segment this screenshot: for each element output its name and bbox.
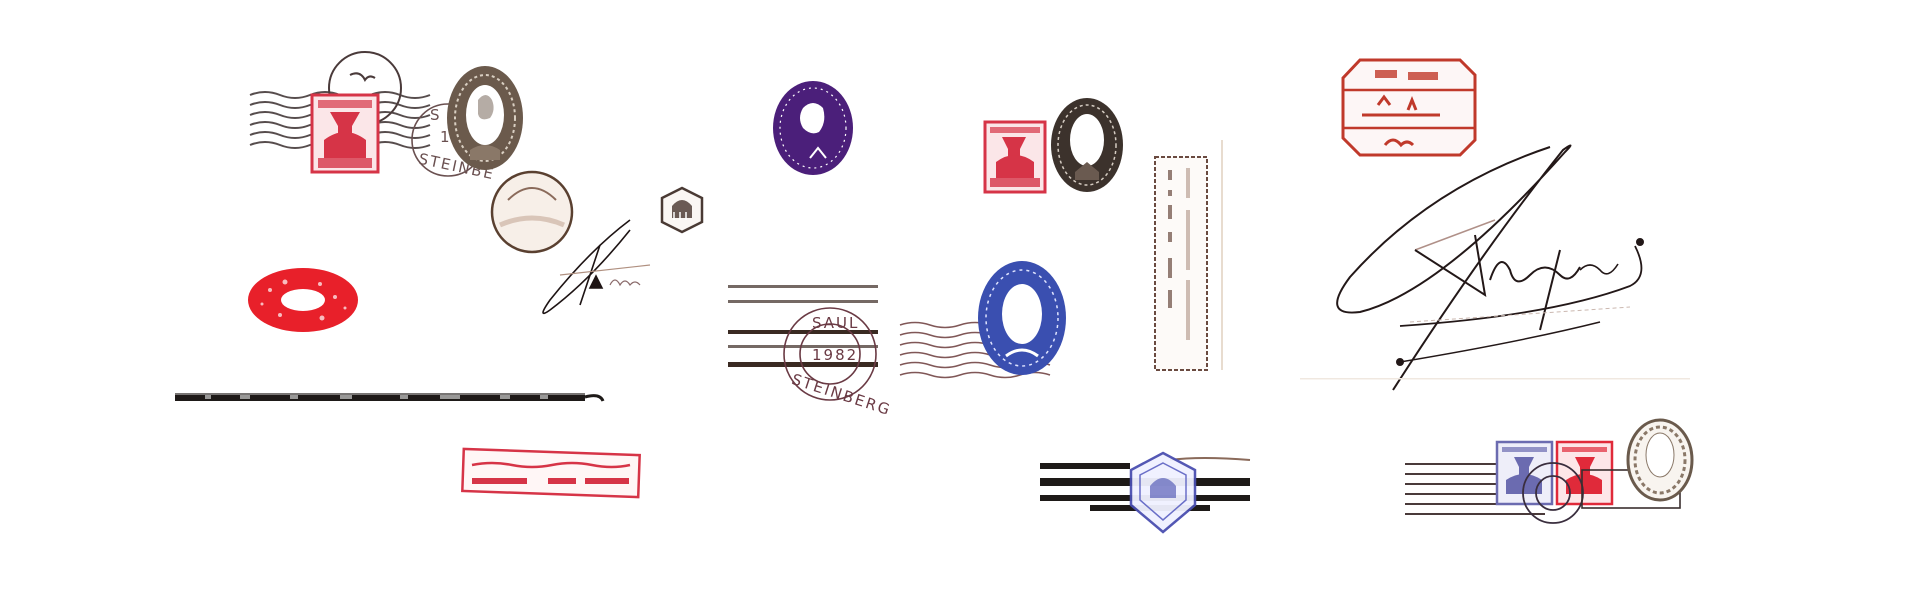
hexagon-stamp-small bbox=[662, 188, 702, 232]
large-signature bbox=[1337, 145, 1643, 390]
divider-line-right bbox=[1300, 378, 1690, 380]
red-rectangular-cachet bbox=[462, 449, 639, 497]
dark-portrait-oval-stamp-center bbox=[1051, 98, 1123, 192]
postmark-bottom-text: STEINBERG bbox=[789, 370, 893, 419]
black-horizontal-cancel-bar-left bbox=[175, 392, 603, 401]
postmark-top-text: S bbox=[430, 106, 442, 124]
lavender-monument-stamp bbox=[1497, 442, 1552, 504]
purple-portrait-oval-stamp bbox=[773, 81, 853, 175]
red-octagon-stamp bbox=[1343, 60, 1475, 155]
postmark-top-text: SAUL bbox=[812, 314, 859, 332]
postmark-year-text: 1982 bbox=[812, 346, 858, 364]
blue-hexagon-stamp bbox=[1131, 453, 1195, 532]
blue-portrait-oval-stamp bbox=[978, 261, 1066, 375]
sepia-circle-postmark-faded bbox=[492, 172, 572, 252]
vertical-rectangular-cachet bbox=[1155, 140, 1223, 370]
red-monument-stamp-bottom-right bbox=[1557, 442, 1612, 504]
sepia-portrait-oval-stamp-bottom-right bbox=[1628, 420, 1692, 500]
red-monument-stamp-center bbox=[985, 122, 1045, 192]
sepia-portrait-oval-stamp bbox=[447, 66, 523, 170]
collage-canvas: S 19 STEINBE bbox=[0, 0, 1920, 600]
red-monument-stamp-top-left bbox=[312, 95, 378, 172]
postmark-mark-glyph bbox=[350, 73, 375, 80]
red-oval-seal bbox=[248, 268, 358, 332]
